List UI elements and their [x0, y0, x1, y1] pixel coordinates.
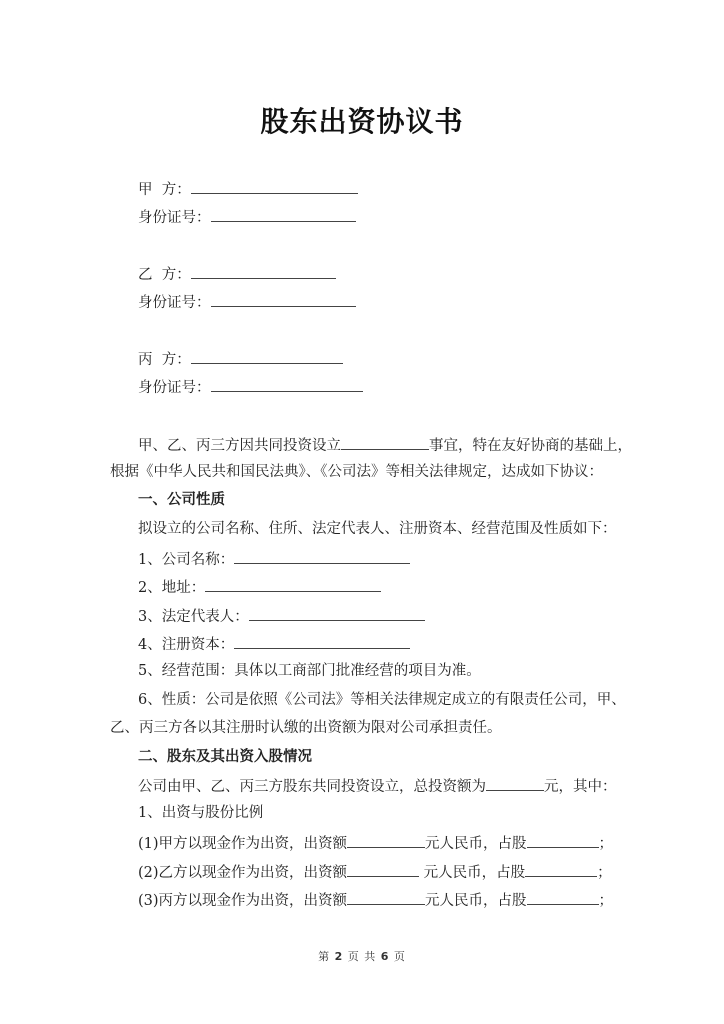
- nature-line-2: 乙、丙三方各以其注册时认缴的出资额为限对公司承担责任。: [110, 718, 502, 738]
- company-name-label: 1、公司名称：: [138, 552, 234, 568]
- party-b-label: 乙 方：: [138, 267, 191, 283]
- nature-line-1: 6、性质：公司是依照《公司法》等相关法律规定成立的有限责任公司，甲、: [138, 690, 626, 710]
- party-b-id-label: 身份证号：: [138, 295, 211, 311]
- contribution-row-b: (2)乙方以现金作为出资，出资额 元人民币，占股；: [138, 861, 612, 883]
- contribution-a-end: ；: [599, 836, 614, 852]
- contribution-b-share-blank[interactable]: [525, 861, 597, 877]
- party-a-id-blank[interactable]: [211, 206, 356, 222]
- legal-rep-line: 3、法定代表人：: [138, 605, 425, 627]
- contribution-b-end: ；: [597, 865, 612, 881]
- registered-capital-blank[interactable]: [234, 633, 410, 649]
- company-name-line: 1、公司名称：: [138, 548, 410, 570]
- address-blank[interactable]: [205, 576, 381, 592]
- party-a-blank[interactable]: [191, 178, 358, 194]
- contribution-c-text-b: 元人民币，占股: [425, 893, 527, 909]
- intro-line-2: 根据《中华人民共和国民法典》、《公司法》等相关法律规定，达成如下协议：: [110, 462, 603, 482]
- contribution-row-a: (1)甲方以现金作为出资，出资额元人民币，占股；: [138, 832, 613, 854]
- contribution-b-text: (2)乙方以现金作为出资，出资额: [138, 865, 347, 881]
- footer-prefix: 第: [318, 950, 330, 963]
- footer-suffix: 页: [394, 950, 406, 963]
- current-page-number: 2: [335, 950, 344, 963]
- contribution-c-amount-blank[interactable]: [347, 889, 425, 905]
- address-line: 2、地址：: [138, 576, 381, 598]
- total-investment-blank[interactable]: [486, 775, 544, 791]
- total-investment-text-a: 公司由甲、乙、丙三方股东共同投资设立，总投资额为: [138, 779, 486, 795]
- contribution-a-text-b: 元人民币，占股: [425, 836, 527, 852]
- address-label: 2、地址：: [138, 580, 205, 596]
- document-title: 股东出资协议书: [0, 100, 724, 140]
- document-page: 股东出资协议书 甲 方： 身份证号： 乙 方： 身份证号： 丙 方： 身份证号：…: [0, 0, 724, 1024]
- party-c-blank[interactable]: [191, 348, 343, 364]
- party-a-id-label: 身份证号：: [138, 210, 211, 226]
- party-c-line: 丙 方：: [138, 348, 343, 370]
- intro-line-1: 甲、乙、丙三方因共同投资设立事宜，特在友好协商的基础上，: [138, 434, 632, 456]
- contribution-a-text: (1)甲方以现金作为出资，出资额: [138, 836, 347, 852]
- intro-text-a: 甲、乙、丙三方因共同投资设立: [138, 438, 341, 454]
- registered-capital-line: 4、注册资本：: [138, 633, 410, 655]
- contribution-c-end: ；: [599, 893, 614, 909]
- party-c-label: 丙 方：: [138, 352, 191, 368]
- total-pages-number: 6: [381, 950, 390, 963]
- contribution-c-share-blank[interactable]: [527, 889, 599, 905]
- company-purpose-blank[interactable]: [341, 434, 429, 450]
- contribution-ratio-heading: 1、出资与股份比例: [138, 803, 263, 823]
- legal-rep-label: 3、法定代表人：: [138, 609, 249, 625]
- contribution-a-share-blank[interactable]: [527, 832, 599, 848]
- party-b-blank[interactable]: [191, 263, 336, 279]
- section-1-heading: 一、公司性质: [138, 490, 225, 510]
- footer-mid: 页 共: [348, 950, 377, 963]
- registered-capital-label: 4、注册资本：: [138, 637, 234, 653]
- contribution-b-text-b: 元人民币，占股: [419, 865, 525, 881]
- party-a-line: 甲 方：: [138, 178, 358, 200]
- contribution-c-text: (3)丙方以现金作为出资，出资额: [138, 893, 347, 909]
- party-a-label: 甲 方：: [138, 182, 191, 198]
- intro-text-b: 事宜，特在友好协商的基础上，: [429, 438, 632, 454]
- party-c-id-label: 身份证号：: [138, 380, 211, 396]
- company-name-blank[interactable]: [234, 548, 410, 564]
- total-investment-text-b: 元，其中：: [544, 779, 617, 795]
- total-investment-line: 公司由甲、乙、丙三方股东共同投资设立，总投资额为元，其中：: [138, 775, 617, 797]
- page-footer: 第 2 页 共 6 页: [0, 948, 724, 964]
- party-b-line: 乙 方：: [138, 263, 336, 285]
- contribution-a-amount-blank[interactable]: [347, 832, 425, 848]
- party-a-id-line: 身份证号：: [138, 206, 356, 228]
- party-b-id-line: 身份证号：: [138, 291, 356, 313]
- party-c-id-line: 身份证号：: [138, 376, 363, 398]
- section-2-heading: 二、股东及其出资入股情况: [138, 747, 312, 767]
- contribution-row-c: (3)丙方以现金作为出资，出资额元人民币，占股；: [138, 889, 613, 911]
- section-1-desc: 拟设立的公司名称、住所、法定代表人、注册资本、经营范围及性质如下：: [138, 519, 617, 539]
- party-c-id-blank[interactable]: [211, 376, 363, 392]
- business-scope-line: 5、经营范围：具体以工商部门批准经营的项目为准。: [138, 661, 481, 681]
- legal-rep-blank[interactable]: [249, 605, 425, 621]
- party-b-id-blank[interactable]: [211, 291, 356, 307]
- contribution-b-amount-blank[interactable]: [347, 861, 419, 877]
